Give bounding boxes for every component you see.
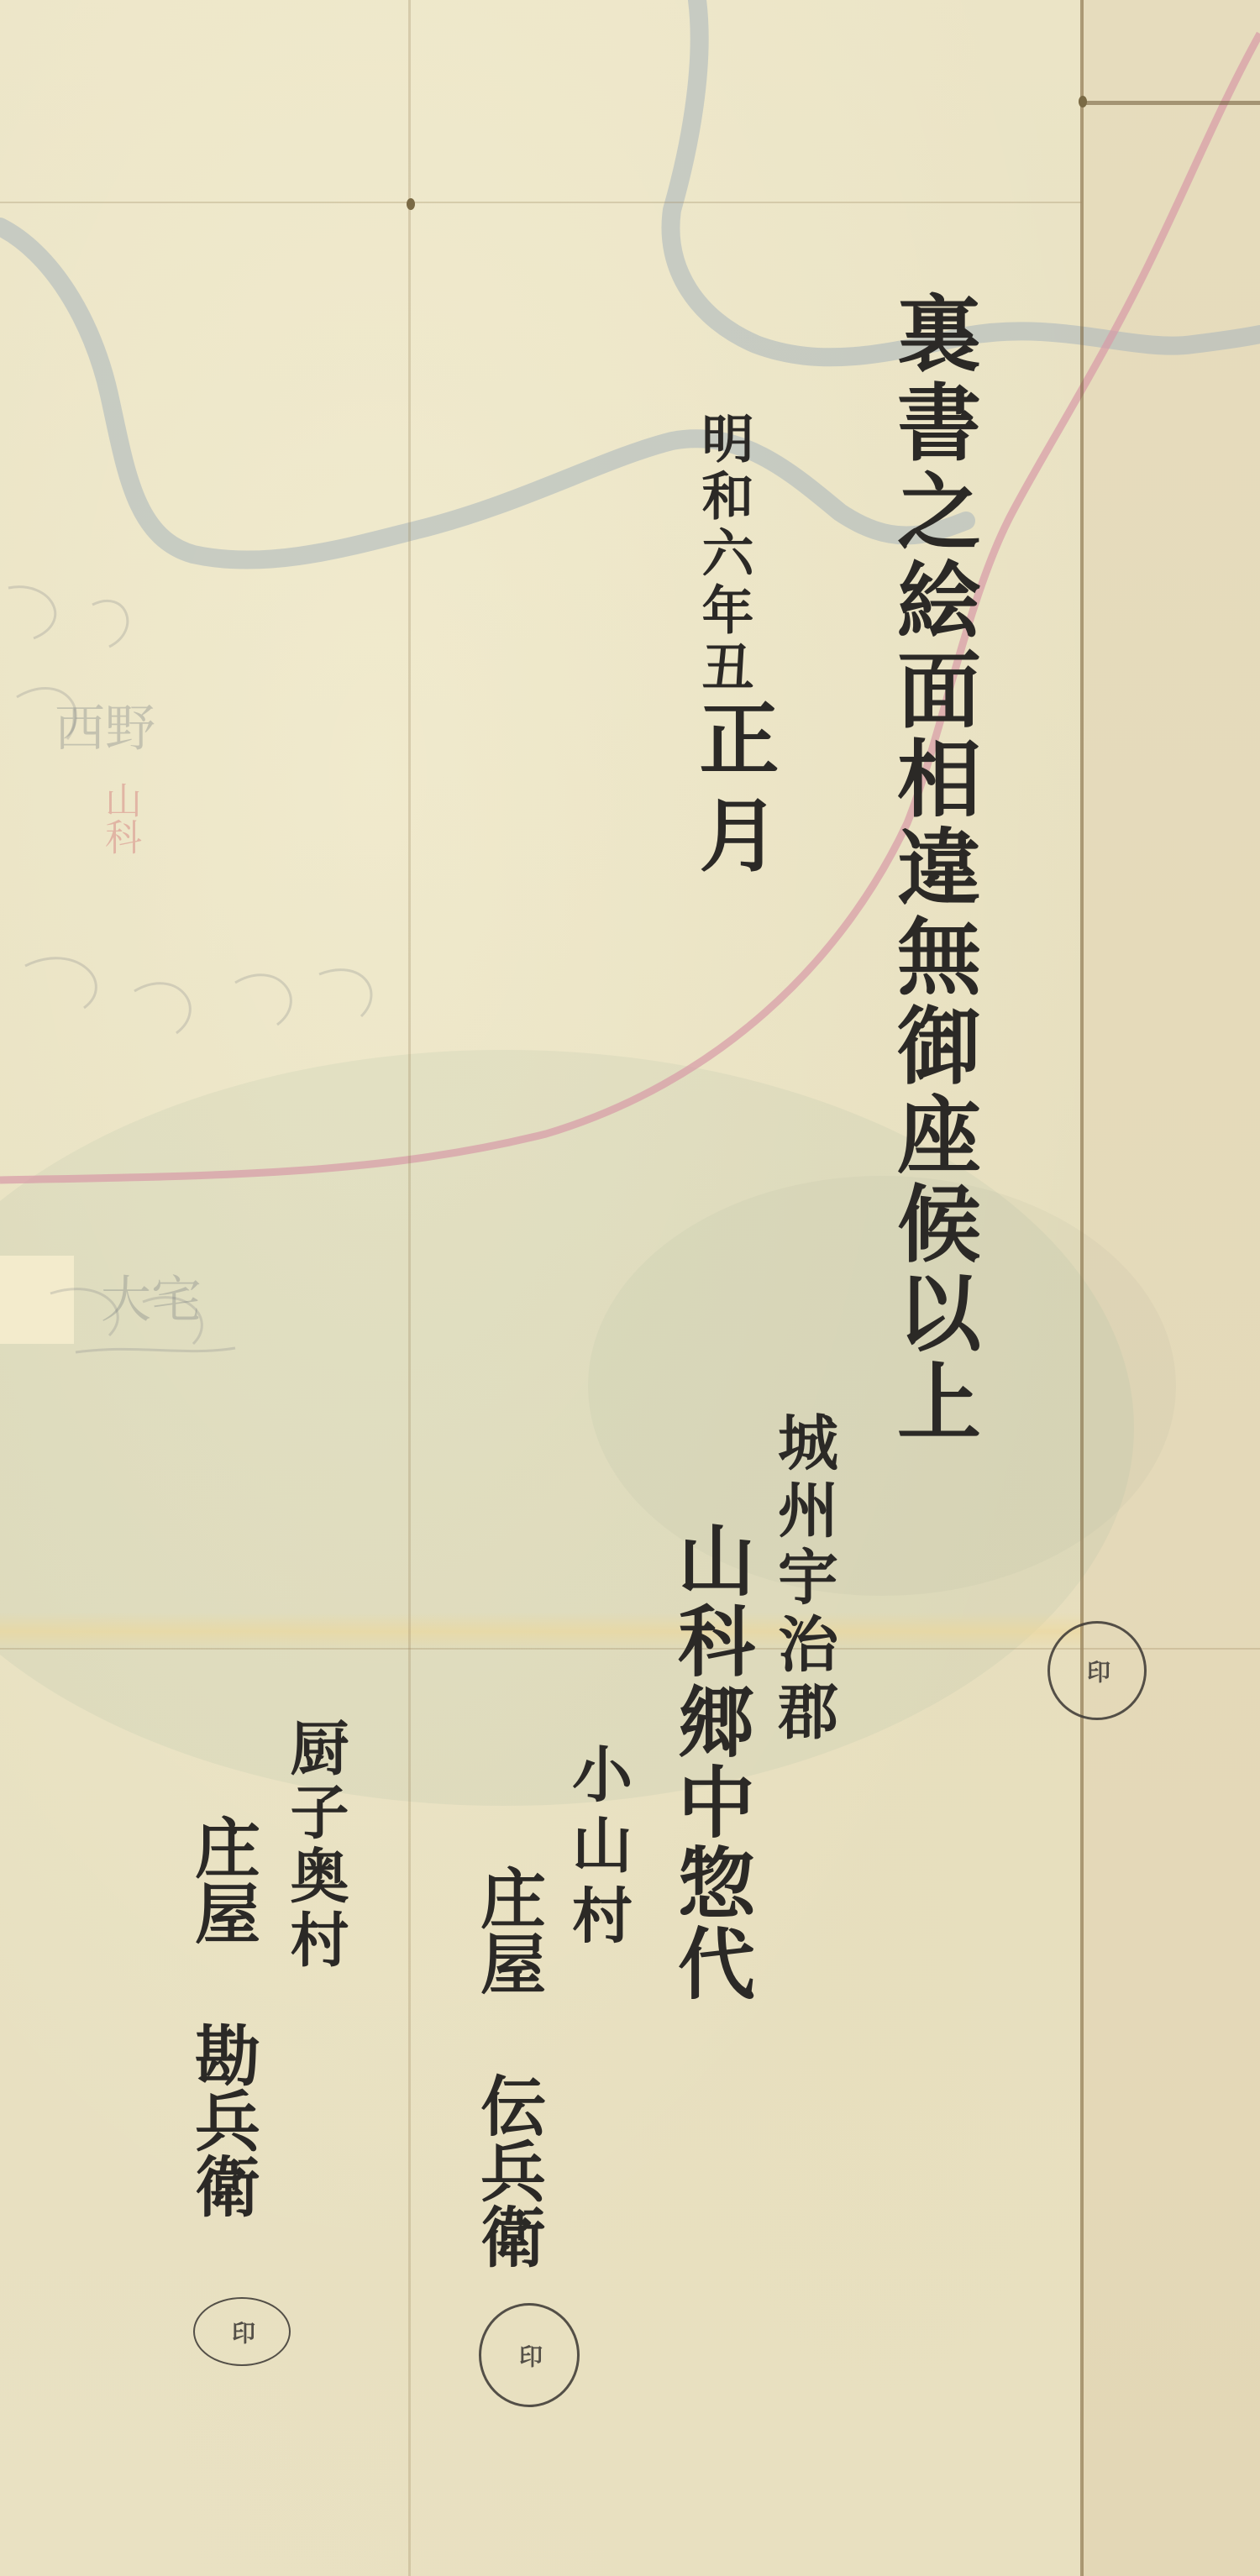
horizontal-fold-right-top: [1082, 101, 1260, 105]
signatory-name-1: 庄屋 伝兵衛: [475, 1865, 540, 2269]
signatory-village-1: 小山村: [567, 1743, 627, 1954]
main-statement: 裏書之絵面相違無御座候以上: [890, 290, 974, 1466]
river-line: [0, 227, 966, 560]
vertical-fold-left: [408, 0, 411, 2576]
date-line-year: 明和六年丑: [697, 412, 749, 697]
vertical-fold-right: [1080, 0, 1084, 2576]
signatory-village-2: 厨子奥村: [286, 1718, 344, 1973]
seal-stamp-edge: 印: [1047, 1621, 1147, 1720]
faint-red-note: 山科: [92, 781, 146, 855]
seal-stamp-signatory-2: 印: [193, 2297, 291, 2366]
faint-label-lower: 大宅: [101, 1260, 202, 1332]
seal-stamp-signatory-1: 印: [479, 2303, 580, 2407]
issuer-district: 城州宇治郡: [773, 1411, 833, 1747]
faint-label-upper: 西野: [55, 689, 155, 761]
horizontal-fold-top: [0, 202, 1082, 203]
pin-hole: [407, 198, 415, 210]
date-line-month: 正月: [693, 697, 773, 890]
issuer-title: 山科郷中惣代: [672, 1520, 749, 2004]
pin-hole: [1079, 96, 1087, 108]
signatory-name-2: 庄屋 勘兵衛: [189, 1814, 255, 2218]
